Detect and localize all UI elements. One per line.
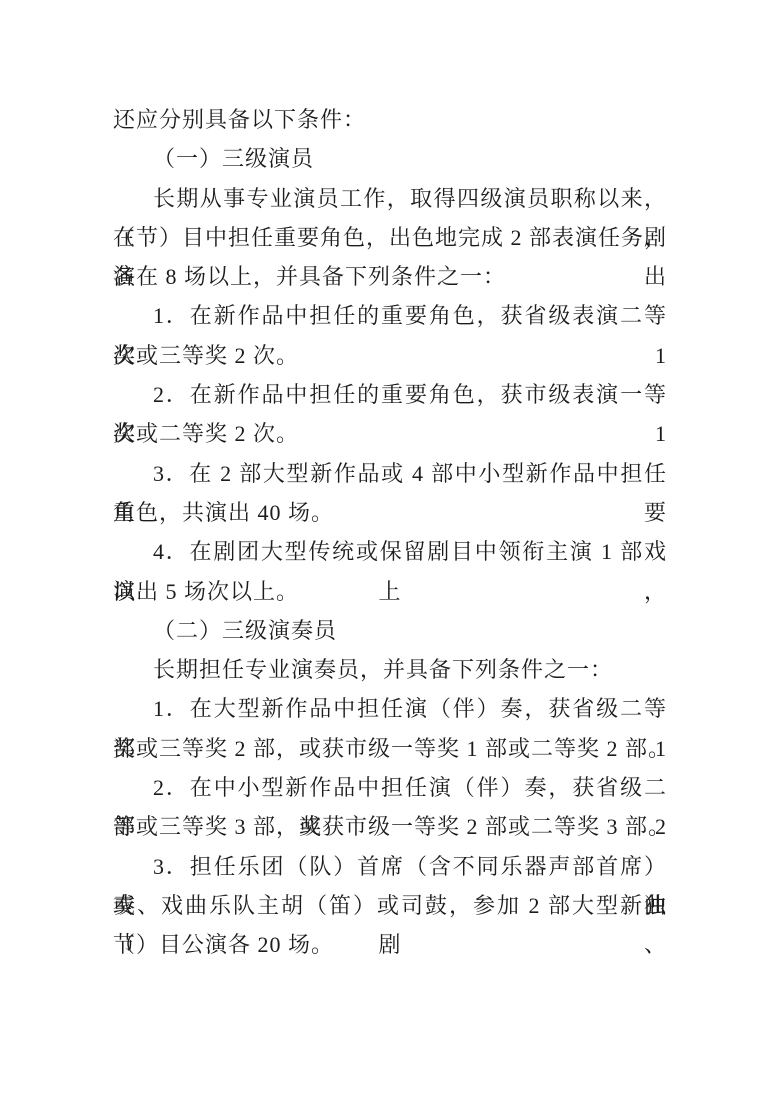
text-line: 3．在 2 部大型新作品或 4 部中小型新作品中担任重要 [113,454,667,493]
text-line: 长期担任专业演奏员，并具备下列条件之一： [113,650,667,689]
document-body: 还应分别具备以下条件：（一）三级演员长期从事专业演员工作，取得四级演员职称以来，… [113,100,667,965]
text-line: （节）目中担任重要角色，出色地完成 2 部表演任务，演出 [113,218,667,257]
text-line: 3．担任乐团（队）首席（含不同乐器声部首席）或独 [113,847,667,886]
text-line: 4．在剧团大型传统或保留剧目中领衔主演 1 部戏以上， [113,532,667,571]
text-line: 奏、戏曲乐队主胡（笛）或司鼓，参加 2 部大型新曲（剧、 [113,886,667,925]
text-line: 2．在中小型新作品中担任演（伴）奏，获省级二等奖 2 [113,768,667,807]
text-line: 1．在大型新作品中担任演（伴）奏，获省级二等奖 1 [113,689,667,728]
text-line: 部或三等奖 2 部，或获市级一等奖 1 部或二等奖 2 部。 [113,729,667,768]
document-page: 还应分别具备以下条件：（一）三级演员长期从事专业演员工作，取得四级演员职称以来，… [0,0,777,1099]
text-line: 还应分别具备以下条件： [113,100,667,139]
text-line: 2．在新作品中担任的重要角色，获市级表演一等奖 1 [113,375,667,414]
text-line: 部或三等奖 3 部，或获市级一等奖 2 部或二等奖 3 部。 [113,807,667,846]
text-line: 1．在新作品中担任的重要角色，获省级表演二等奖 1 [113,296,667,335]
text-line: （一）三级演员 [113,139,667,178]
text-line: 长期从事专业演员工作，取得四级演员职称以来，在剧 [113,179,667,218]
text-line: （二）三级演奏员 [113,611,667,650]
